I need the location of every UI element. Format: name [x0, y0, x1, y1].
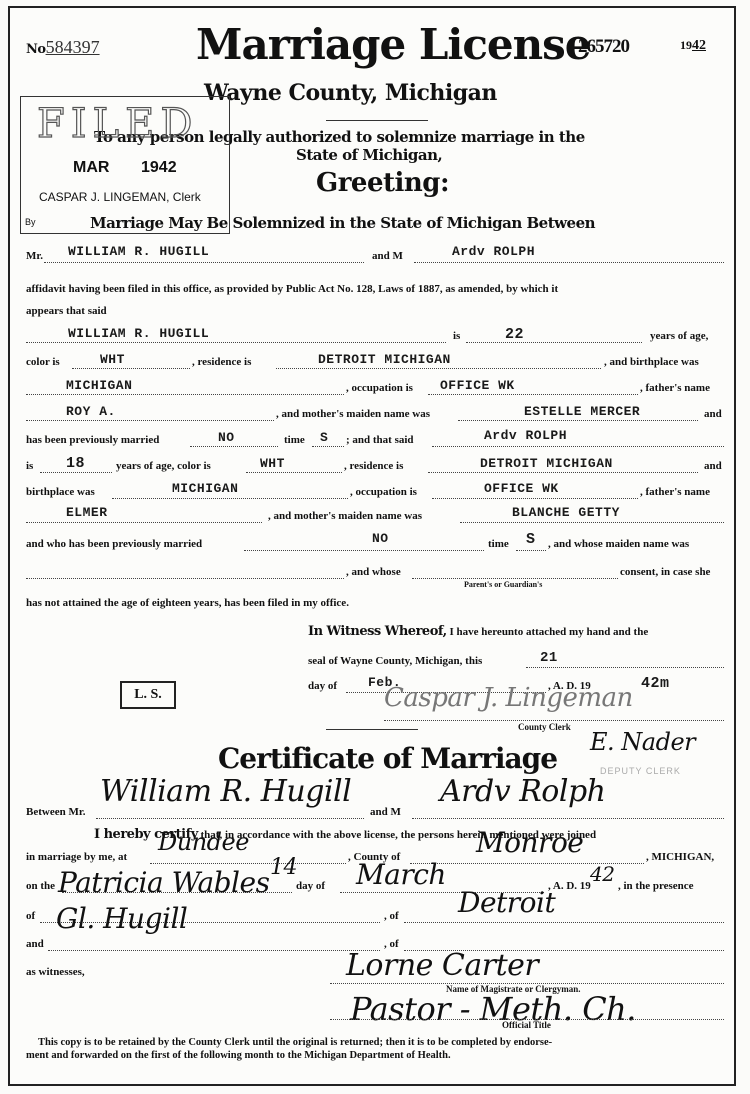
- witness1-of-label: of: [26, 910, 35, 922]
- groom-prev-married-line: [190, 446, 278, 447]
- bride-said-line: [432, 446, 724, 447]
- bride-maiden-label: , and whose maiden name was: [548, 538, 689, 550]
- bride-age: 18: [66, 455, 85, 472]
- bride-occupation-label: , occupation is: [350, 486, 417, 498]
- bride-maiden-line: [26, 578, 344, 579]
- bride-father: ELMER: [66, 505, 108, 520]
- guardian-line: [412, 578, 618, 579]
- affidavit-line-1: affidavit having been filed in this offi…: [26, 283, 558, 295]
- footer-line-1: This copy is to be retained by the Count…: [38, 1037, 552, 1048]
- bride-residence-label: , residence is: [344, 460, 403, 472]
- bride-color: WHT: [260, 456, 285, 471]
- filed-stamp: FILED MAR 1942 CASPAR J. LINGEMAN, Clerk…: [20, 96, 230, 234]
- groom-age: 22: [505, 326, 524, 343]
- bride-prev-married-label: and who has been previously married: [26, 538, 202, 550]
- seal-box: L. S.: [120, 681, 176, 709]
- groom-name-line: [44, 262, 364, 263]
- county-heading: Wayne County, Michigan: [204, 80, 497, 106]
- eighteen-line: has not attained the age of eighteen yea…: [26, 597, 349, 609]
- bride-residence-line: [428, 472, 698, 473]
- cert-groom-line: [96, 818, 364, 819]
- witness-line-1: I have hereunto attached my hand and the: [449, 626, 648, 638]
- witness-whereof-line-1: In Witness Whereof, I have hereunto atta…: [308, 624, 648, 639]
- license-number: No584397: [26, 37, 100, 58]
- filed-by-label: By: [25, 217, 36, 227]
- bride-father-label: , father's name: [640, 486, 710, 498]
- deputy-clerk-label: DEPUTY CLERK: [600, 766, 681, 776]
- groom-times: S: [320, 430, 328, 445]
- groom-prev-married-label: has been previously married: [26, 434, 159, 446]
- footer-line-2: ment and forwarded on the first of the f…: [26, 1050, 451, 1061]
- mr-label: Mr.: [26, 250, 43, 262]
- day-of-label: day of: [308, 680, 337, 692]
- county-value: Monroe: [476, 826, 583, 859]
- witness-heading: In Witness Whereof,: [308, 624, 447, 639]
- cert-groom-signature: William R. Hugill: [100, 774, 351, 809]
- place-value: Dundee: [158, 828, 249, 856]
- bride-time-label: time: [488, 538, 509, 550]
- groom-name-field: WILLIAM R. HUGILL: [68, 244, 209, 259]
- groom-birthplace-line: [26, 394, 344, 395]
- on-the-label: on the: [26, 880, 55, 892]
- consent-label: consent, in case she: [620, 566, 710, 578]
- greeting-heading: Greeting:: [316, 168, 449, 198]
- filed-year: 1942: [141, 159, 177, 177]
- groom-occupation-line: [428, 394, 638, 395]
- bride-name-field: Ardv ROLPH: [452, 244, 535, 259]
- groom-occupation: OFFICE WK: [440, 378, 515, 393]
- groom-said-name: WILLIAM R. HUGILL: [68, 326, 209, 341]
- groom-color-label: color is: [26, 356, 60, 368]
- document-title: Marriage License: [196, 20, 591, 69]
- groom-birthplace-label: , and birthplace was: [604, 356, 699, 368]
- witness1-city-label: , of: [384, 910, 399, 922]
- header-divider: [326, 120, 428, 121]
- cert-bride-line: [412, 818, 724, 819]
- license-no-value: 584397: [46, 37, 100, 57]
- groom-and-label: and: [704, 408, 722, 420]
- bride-and-label: and: [704, 460, 722, 472]
- bride-father-line: [26, 522, 262, 523]
- serial-number: 265720: [578, 36, 629, 58]
- that-said-label: ; and that said: [346, 434, 414, 446]
- and-m-label: and M: [372, 250, 403, 262]
- bride-residence: DETROIT MICHIGAN: [480, 456, 613, 471]
- bride-mother-line: [460, 522, 724, 523]
- bride-prev-married: NO: [372, 531, 389, 546]
- bride-birthplace-label: birthplace was: [26, 486, 95, 498]
- cert-and-m-label: and M: [370, 806, 401, 818]
- filed-stamp-title: FILED: [37, 101, 198, 147]
- bride-name-line: [414, 262, 724, 263]
- clerk-signature: Caspar J. Lingeman: [384, 683, 633, 713]
- county-clerk-label: County Clerk: [518, 722, 571, 732]
- groom-said-line: [26, 342, 446, 343]
- witness2-and-label: and: [26, 938, 44, 950]
- groom-father-label: , father's name: [640, 382, 710, 394]
- bride-birthplace: MICHIGAN: [172, 481, 238, 496]
- groom-residence-line: [276, 368, 601, 369]
- clerk-signature-line: [384, 720, 724, 721]
- witness1-city: Detroit: [458, 886, 555, 919]
- state-label: , MICHIGAN,: [646, 851, 714, 863]
- place-label: in marriage by me, at: [26, 851, 127, 863]
- witness-day-line: [526, 667, 724, 668]
- groom-mother: ESTELLE MERCER: [524, 404, 640, 419]
- cert-day-of-label: day of: [296, 880, 325, 892]
- guardian-label: Parent's or Guardian's: [464, 580, 542, 589]
- section-divider: [326, 729, 418, 730]
- groom-age-line: [466, 342, 642, 343]
- cert-year: 42: [590, 862, 614, 886]
- groom-prev-married: NO: [218, 430, 235, 445]
- groom-mother-line: [458, 420, 698, 421]
- witness-line-2: seal of Wayne County, Michigan, this: [308, 655, 482, 667]
- presence-label: , in the presence: [618, 880, 694, 892]
- groom-father-line: [26, 420, 274, 421]
- bride-said-name: Ardv ROLPH: [484, 428, 567, 443]
- certificate-title: Certificate of Marriage: [218, 742, 557, 775]
- groom-is-label: is: [453, 330, 460, 342]
- witness2-line: [48, 950, 380, 951]
- no-label: No: [26, 42, 46, 57]
- groom-father: ROY A.: [66, 404, 116, 419]
- groom-color-line: [72, 368, 190, 369]
- bride-years-color-label: years of age, color is: [116, 460, 211, 472]
- year-prefix: 19: [680, 38, 692, 52]
- groom-color: WHT: [100, 352, 125, 367]
- whose-label: , and whose: [346, 566, 401, 578]
- groom-residence-label: , residence is: [192, 356, 251, 368]
- bride-birthplace-line: [112, 498, 348, 499]
- bride-is-label: is: [26, 460, 33, 472]
- witness1-signature: Patricia Wables: [58, 866, 269, 899]
- bride-age-line: [40, 472, 112, 473]
- bride-prev-married-line: [244, 550, 484, 551]
- bride-mother: BLANCHE GETTY: [512, 505, 620, 520]
- groom-occupation-label: , occupation is: [346, 382, 413, 394]
- groom-times-line: [312, 446, 344, 447]
- groom-years-label: years of age,: [650, 330, 708, 342]
- groom-mother-label: , and mother's maiden name was: [276, 408, 430, 420]
- witness-year: 42m: [641, 675, 670, 692]
- year-suffix: 42: [692, 38, 706, 53]
- between-mr-label: Between Mr.: [26, 806, 85, 818]
- cert-month: March: [356, 858, 446, 891]
- witness-day: 21: [540, 650, 558, 666]
- bride-occupation: OFFICE WK: [484, 481, 559, 496]
- witness2-signature: Gl. Hugill: [56, 902, 187, 935]
- witness1-city-line: [404, 922, 724, 923]
- bride-color-line: [246, 472, 342, 473]
- cert-bride-signature: Ardv Rolph: [440, 774, 605, 809]
- bride-times-line: [516, 550, 546, 551]
- filed-clerk: CASPAR J. LINGEMAN, Clerk: [39, 190, 201, 204]
- groom-time-label: time: [284, 434, 305, 446]
- groom-residence: DETROIT MICHIGAN: [318, 352, 451, 367]
- filed-month: MAR: [73, 159, 109, 177]
- official-title-signature: Pastor - Meth. Ch.: [350, 990, 636, 1028]
- bride-occupation-line: [432, 498, 638, 499]
- salutation-line-2: State of Michigan,: [296, 146, 442, 164]
- header-year: 1942: [680, 38, 706, 54]
- deputy-signature: E. Nader: [590, 728, 695, 756]
- official-title-label: Official Title: [502, 1020, 551, 1030]
- bride-times: S: [526, 531, 536, 548]
- as-witnesses-label: as witnesses,: [26, 966, 85, 978]
- affidavit-line-2: appears that said: [26, 305, 107, 317]
- groom-birthplace: MICHIGAN: [66, 378, 132, 393]
- bride-mother-label: , and mother's maiden name was: [268, 510, 422, 522]
- place-line: [150, 863, 346, 864]
- officiant-signature: Lorne Carter: [346, 948, 538, 983]
- cert-day: 14: [270, 855, 297, 880]
